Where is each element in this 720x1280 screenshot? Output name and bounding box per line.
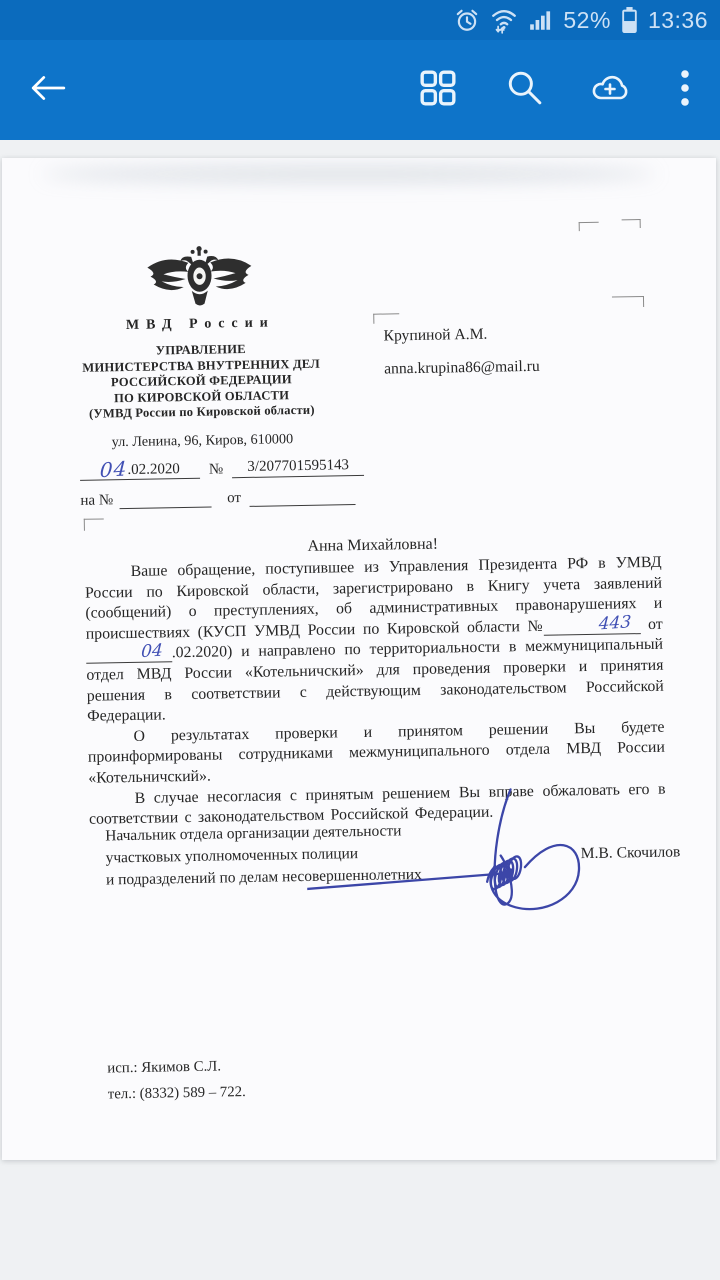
wifi-icon — [489, 6, 519, 34]
status-bar: 52% 13:36 — [0, 0, 720, 40]
scanned-letter: МВД России УПРАВЛЕНИЕ МИНИСТЕРСТВА ВНУТР… — [2, 158, 716, 1160]
recipient-email: anna.krupina86@mail.ru — [384, 358, 540, 379]
executor-name: исп.: Якимов С.Л. — [107, 1053, 245, 1081]
corner-mark — [612, 296, 644, 308]
blank-line — [119, 492, 211, 510]
mvd-eagle-emblem-icon — [144, 293, 256, 312]
back-arrow-icon — [29, 74, 67, 107]
battery-icon — [620, 6, 639, 34]
overflow-menu-icon — [679, 69, 691, 112]
reference-block: 04.02.2020 № 3/207701595143 на № от — [80, 456, 371, 510]
more-options-button[interactable] — [676, 70, 694, 110]
signal-strength-icon — [528, 8, 554, 32]
cloud-upload-icon — [590, 71, 630, 110]
executor-phone: тел.: (8332) 589 – 722. — [108, 1079, 246, 1107]
search-icon — [505, 69, 543, 112]
grid-view-button[interactable] — [418, 70, 458, 110]
corner-mark — [579, 222, 599, 231]
letterhead: МВД России УПРАВЛЕНИЕ МИНИСТЕРСТВА ВНУТР… — [54, 242, 347, 423]
alarm-icon — [454, 7, 480, 33]
paragraph-1: Ваше обращение, поступившее из Управлени… — [85, 553, 665, 728]
back-button[interactable] — [26, 70, 70, 110]
battery-percent: 52% — [563, 7, 611, 34]
reply-from-label: от — [227, 490, 241, 507]
handwritten-date: 04 — [99, 461, 127, 477]
outgoing-number: 3/207701595143 — [232, 457, 364, 478]
corner-mark — [373, 313, 399, 323]
outgoing-ref-line: 04.02.2020 № 3/207701595143 — [80, 456, 370, 481]
reply-to-label: на № — [80, 492, 113, 510]
handwritten-signature — [305, 784, 617, 934]
recipient-block: Крупиной А.М. anna.krupina86@mail.ru — [383, 325, 539, 379]
number-sign: № — [209, 461, 224, 478]
blank-line — [249, 489, 355, 507]
handwritten-kusp-number: 443 — [544, 616, 641, 636]
cloud-upload-button[interactable] — [590, 70, 630, 110]
corner-mark — [84, 518, 104, 530]
org-address: ул. Ленина, 96, Киров, 610000 — [57, 430, 347, 452]
date-field: 04.02.2020 — [80, 459, 200, 481]
recipient-name: Крупиной А.М. — [383, 325, 539, 346]
ministry-name: МВД России — [55, 314, 345, 335]
signer-name: М.В. Скочилов — [581, 843, 681, 863]
search-button[interactable] — [504, 70, 544, 110]
app-toolbar — [0, 40, 720, 140]
corner-mark — [622, 219, 641, 228]
handwritten-kusp-date: 04 — [86, 645, 172, 664]
paragraph-2: О результатах проверки и принятом решени… — [87, 717, 665, 789]
grid-view-icon — [419, 69, 457, 112]
clock-time: 13:36 — [648, 7, 708, 34]
organization-name: УПРАВЛЕНИЕ МИНИСТЕРСТВА ВНУТРЕННИХ ДЕЛ Р… — [56, 340, 347, 423]
incoming-ref-line: на № от — [80, 488, 370, 510]
executor-block: исп.: Якимов С.Л. тел.: (8332) 589 – 722… — [107, 1053, 246, 1107]
document-page[interactable]: МВД России УПРАВЛЕНИЕ МИНИСТЕРСТВА ВНУТР… — [2, 158, 716, 1160]
